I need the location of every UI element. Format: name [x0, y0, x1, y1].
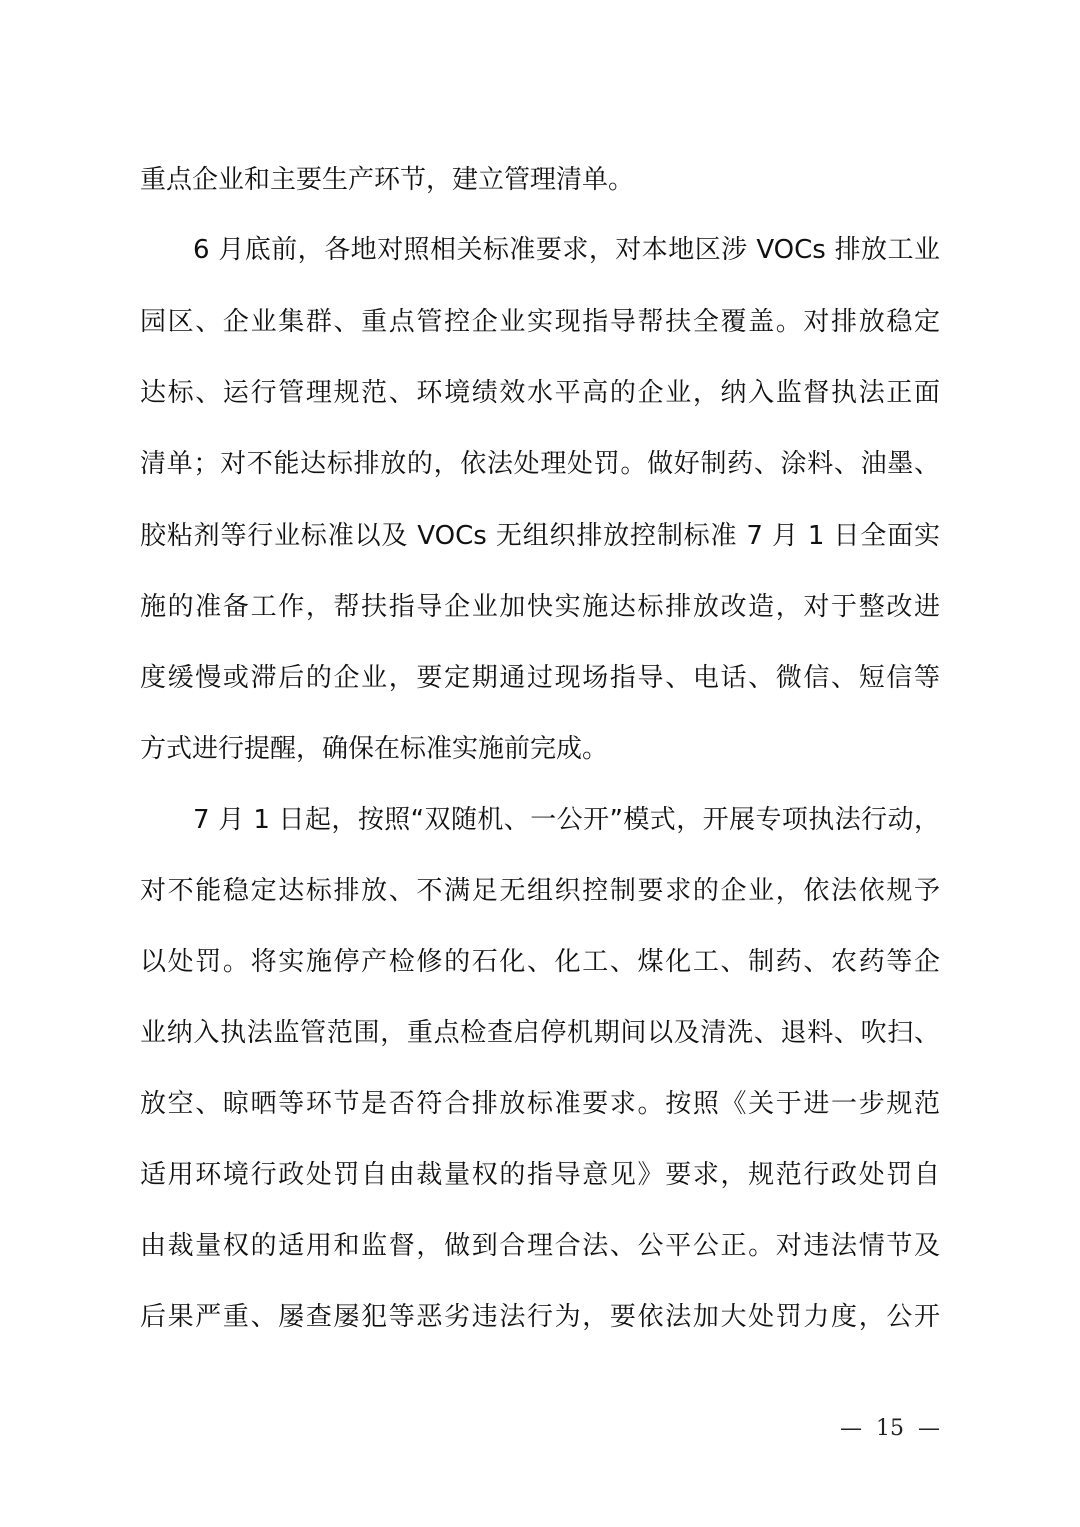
text-line: 以处罚。将实施停产检修的石化、化工、煤化工、制药、农药等企	[140, 944, 940, 980]
document-page: 重点企业和主要生产环节，建立管理清单。6 月底前，各地对照相关标准要求，对本地区…	[0, 0, 1080, 1527]
text-line: 方式进行提醒，确保在标准实施前完成。	[140, 731, 940, 767]
text-line: 施的准备工作，帮扶指导企业加快实施达标排放改造，对于整改进	[140, 589, 940, 625]
text-line: 度缓慢或滞后的企业，要定期通过现场指导、电话、微信、短信等	[140, 660, 940, 696]
text-line: 业纳入执法监管范围，重点检查启停机期间以及清洗、退料、吹扫、	[140, 1015, 940, 1051]
text-line: 6 月底前，各地对照相关标准要求，对本地区涉 VOCs 排放工业	[193, 232, 940, 268]
text-line: 清单；对不能达标排放的，依法处理处罚。做好制药、涂料、油墨、	[140, 446, 940, 482]
text-line: 后果严重、屡查屡犯等恶劣违法行为，要依法加大处罚力度，公开	[140, 1299, 940, 1335]
text-line: 由裁量权的适用和监督，做到合理合法、公平公正。对违法情节及	[140, 1228, 940, 1264]
page-number: — 15 —	[820, 1414, 960, 1444]
text-line: 适用环境行政处罚自由裁量权的指导意见》要求，规范行政处罚自	[140, 1157, 940, 1193]
text-line: 7 月 1 日起，按照“双随机、一公开”模式，开展专项执法行动，	[193, 802, 940, 838]
text-line: 对不能稳定达标排放、不满足无组织控制要求的企业，依法依规予	[140, 873, 940, 909]
text-line: 重点企业和主要生产环节，建立管理清单。	[140, 162, 940, 198]
text-line: 园区、企业集群、重点管控企业实现指导帮扶全覆盖。对排放稳定	[140, 304, 940, 340]
text-line: 胶粘剂等行业标准以及 VOCs 无组织排放控制标准 7 月 1 日全面实	[140, 518, 940, 554]
text-line: 放空、晾晒等环节是否符合排放标准要求。按照《关于进一步规范	[140, 1086, 940, 1122]
text-line: 达标、运行管理规范、环境绩效水平高的企业，纳入监督执法正面	[140, 375, 940, 411]
